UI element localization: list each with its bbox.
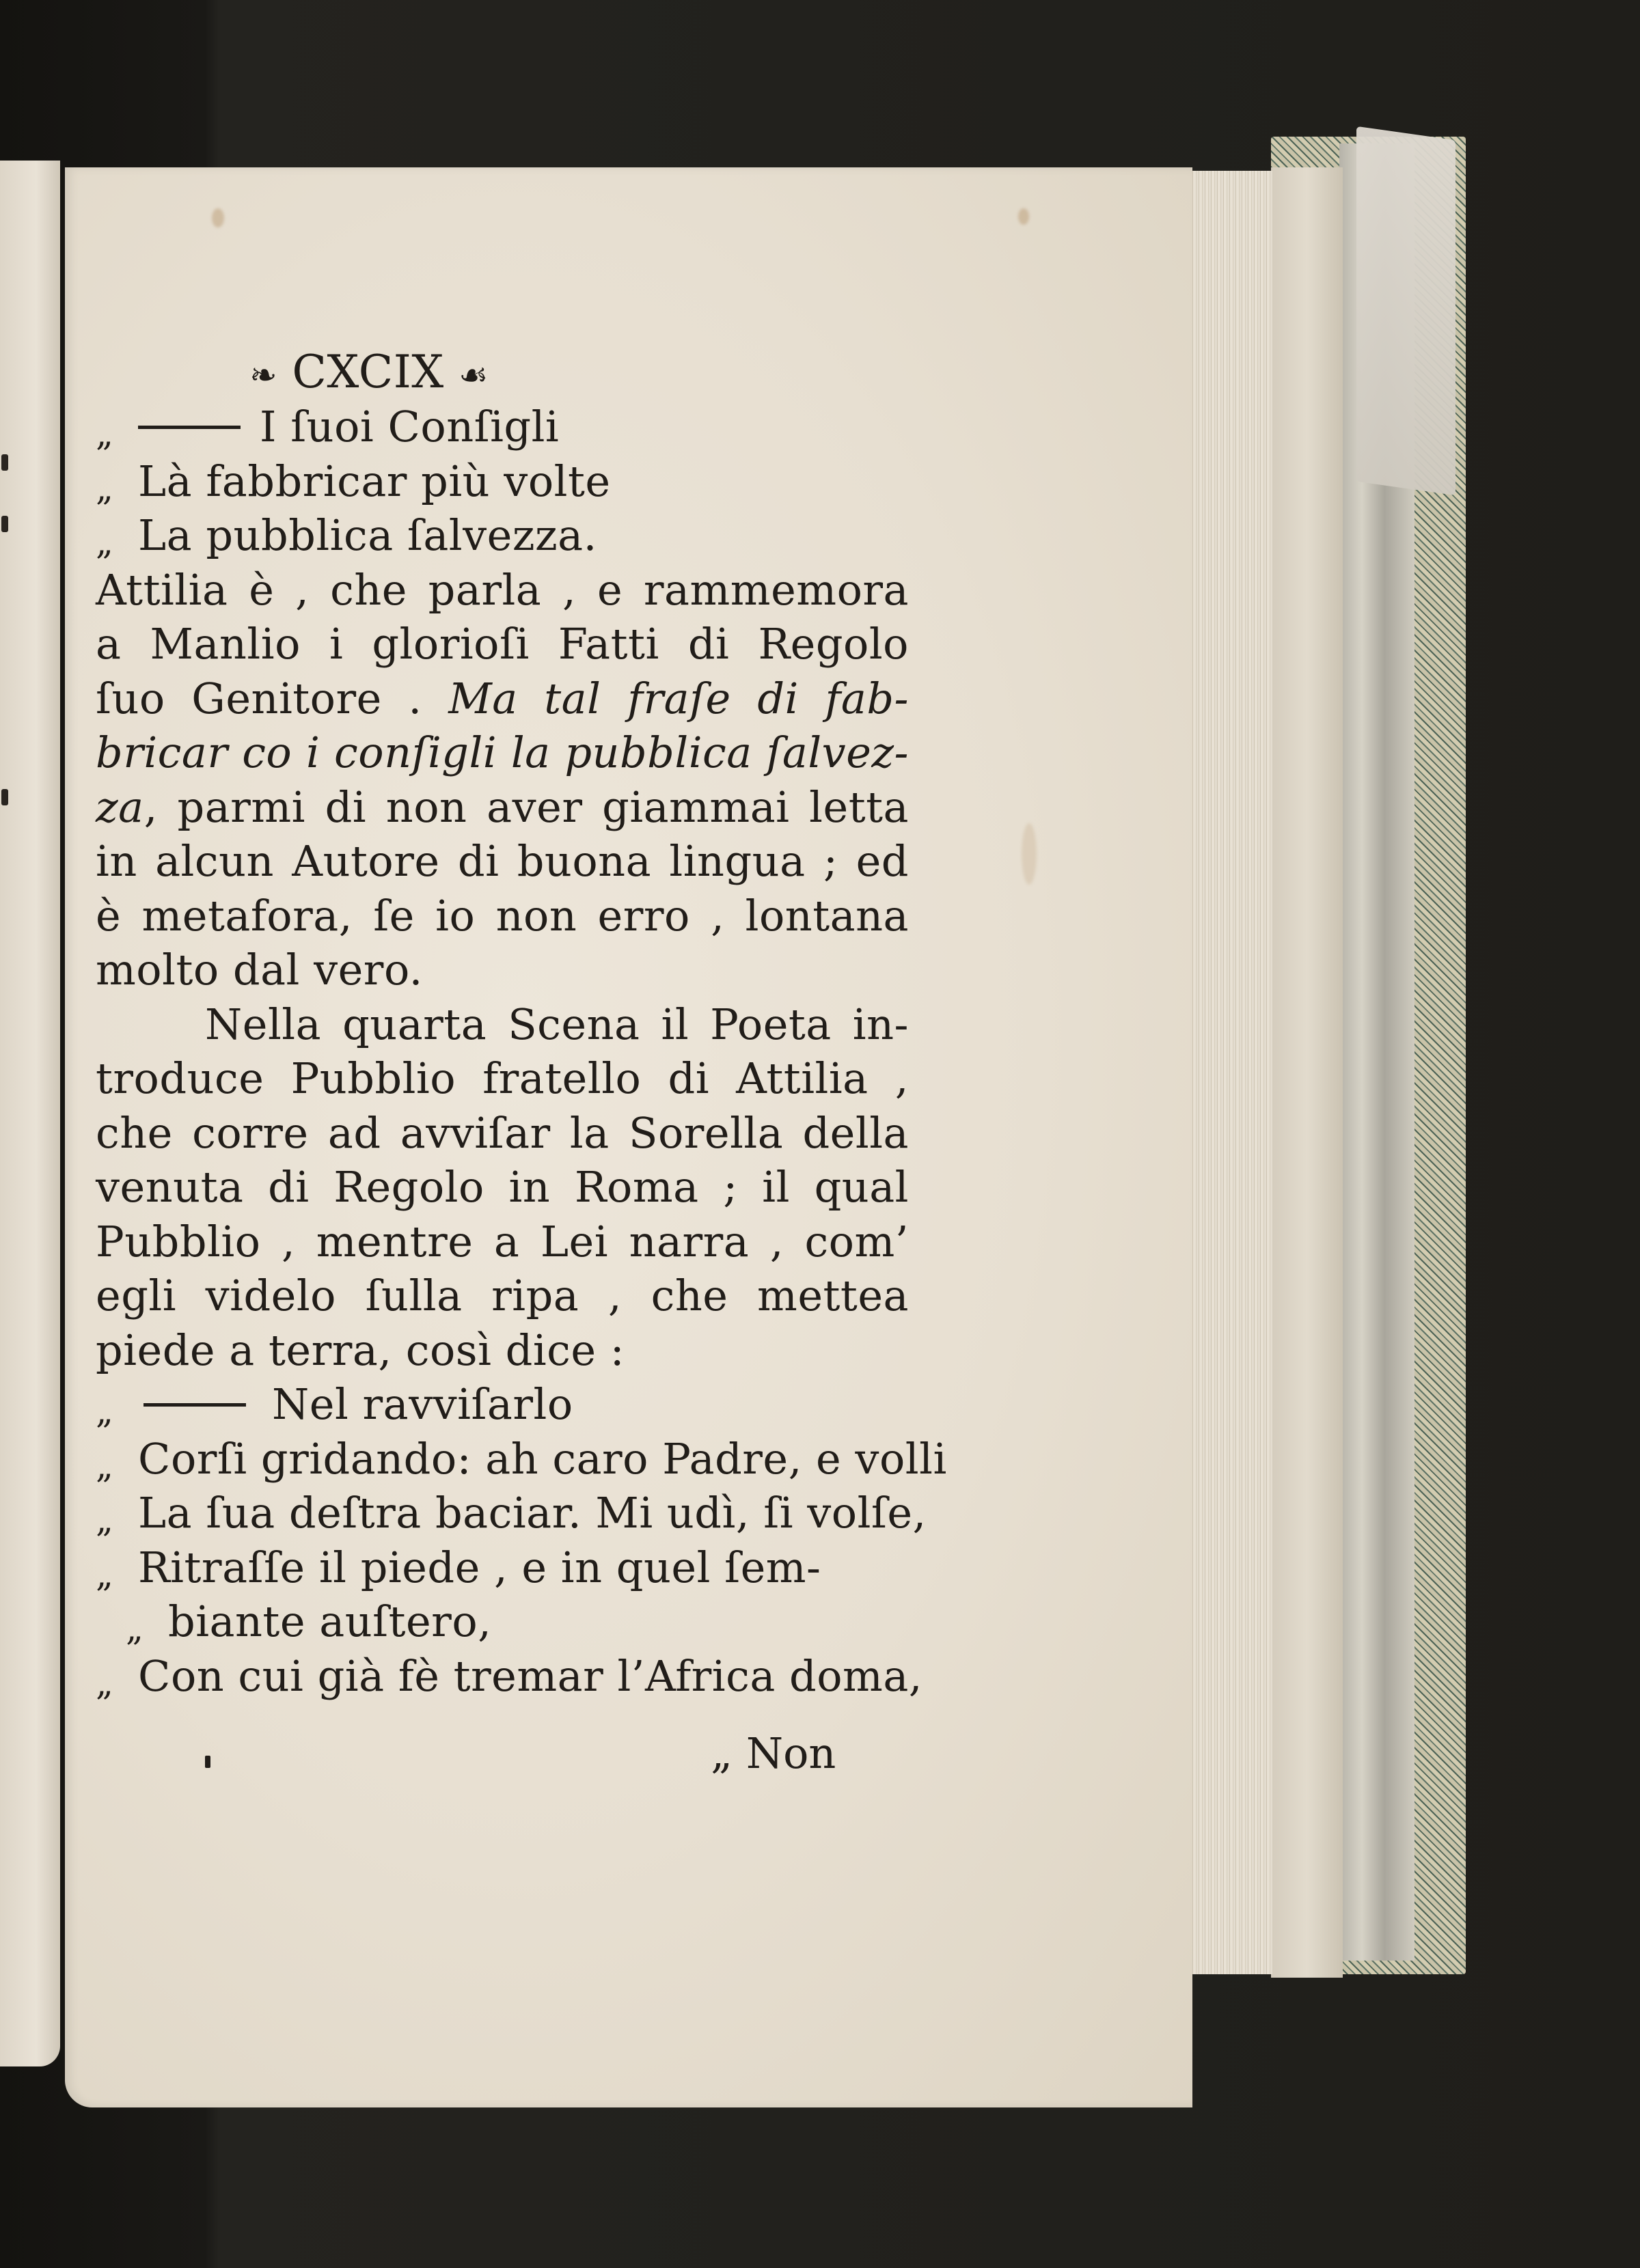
prose-line: troduce Pubblio fratello di Attilia , [96, 1051, 909, 1106]
prose-line: che corre ad avviſar la Sorella della [96, 1106, 909, 1161]
verse-line: „Nel ravviſarlo [96, 1377, 916, 1432]
prose-line: Pubblio , mentre a Lei narra , com’ [96, 1215, 909, 1269]
prose-line: in alcun Autore di buona lingua ; ed [96, 834, 909, 889]
prose-line: molto dal vero. [96, 943, 916, 997]
foxing-spot [1018, 208, 1029, 225]
prose-line-indented: Nella quarta Scena il Poeta in- [96, 997, 909, 1052]
line-text: La ſua deſtra baciar. Mi udì, ſi volſe, [138, 1488, 927, 1538]
em-rule [143, 1403, 246, 1407]
line-text: La pubblica ſalvezza. [138, 510, 597, 560]
quote-mark: „ [96, 516, 138, 570]
next-leaf [1271, 167, 1343, 1978]
verse-line: „Con cui già fè tremar l’Africa doma, [96, 1649, 916, 1704]
quote-mark: „ [96, 1657, 138, 1711]
left-page-edge [0, 161, 60, 2066]
quote-mark: „ [126, 1602, 168, 1657]
verse-line: „Là fabbricar più volte [96, 454, 916, 509]
italic-text: Ma tal fraſe di fab- [448, 674, 909, 723]
page-number: CXCIX [292, 346, 443, 398]
prose-line: piede a terra, così dice : [96, 1323, 916, 1378]
verse-line: „La pubblica ſalvezza. [96, 508, 916, 563]
line-text: Con cui già fè tremar l’Africa doma, [138, 1651, 922, 1701]
catchword: „ Non [711, 1728, 836, 1778]
page-header: ❧ CXCIX ☙ [109, 345, 629, 400]
line-text: biante auſtero, [168, 1596, 491, 1646]
em-rule [138, 426, 241, 429]
catchword-text: Non [746, 1728, 836, 1778]
prose-line: bricar co i conſigli la pubblica ſalvez- [96, 725, 909, 780]
prose-line: egli videlo ſulla ripa , che mettea [96, 1269, 909, 1323]
line-text: Nel ravviſarlo [272, 1379, 573, 1429]
left-page-text-fragments [0, 161, 14, 2066]
foxing-spot [212, 208, 224, 227]
signature-mark [205, 1756, 210, 1768]
text-block: ❧ CXCIX ☙ „I ſuoi Conſigli „Là fabbricar… [96, 345, 916, 1703]
italic-text: za [96, 782, 144, 832]
verse-line-indented: „biante auſtero, [96, 1594, 916, 1649]
line-text: Là fabbricar più volte [138, 456, 611, 506]
line-text: , parmi di non aver giammai letta [144, 782, 909, 832]
quote-mark: „ [96, 407, 138, 462]
quote-mark: „ [711, 1728, 733, 1778]
line-text: I ſuoi Conſigli [260, 402, 559, 452]
line-text: Corſi gridando: ah caro Padre, e volli [138, 1434, 947, 1484]
foxing-spot [1022, 823, 1037, 885]
prose-line: venuta di Regolo in Roma ; il qual [96, 1160, 909, 1215]
verse-line: „I ſuoi Conſigli [96, 400, 916, 454]
prose-line: za, parmi di non aver giammai letta [96, 780, 909, 835]
verse-line: „Ritraſſe il piede , e in quel ſem- [96, 1540, 916, 1595]
verse-line: „La ſua deſtra baciar. Mi udì, ſi volſe, [96, 1486, 916, 1540]
prose-line: è metafora, ſe io non erro , lontana [96, 889, 909, 943]
prose-line: a Manlio i glorioſi Fatti di Regolo [96, 617, 909, 672]
verse-line: „Corſi gridando: ah caro Padre, e volli [96, 1432, 916, 1486]
prose-line: ſuo Genitore . Ma tal fraſe di fab- [96, 672, 909, 726]
torn-flyleaf [1356, 126, 1455, 495]
ornament-left-icon: ❧ [249, 356, 277, 394]
line-text: ſuo Genitore . [96, 674, 448, 723]
line-text: Ritraſſe il piede , e in quel ſem- [138, 1543, 821, 1592]
page-fore-edge [1190, 171, 1272, 1974]
quote-mark: „ [96, 1385, 138, 1439]
quote-mark: „ [96, 1493, 138, 1548]
prose-line: Attilia è , che parla , e rammemora [96, 563, 909, 618]
ornament-right-icon: ☙ [459, 356, 489, 394]
